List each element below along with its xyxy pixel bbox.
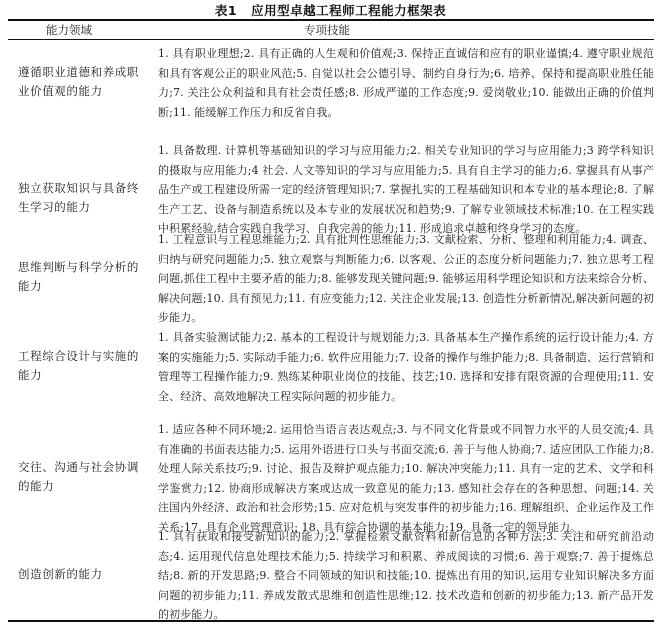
ability-area: 思维判断与科学分析的能力 [18, 258, 150, 296]
skills-text: 1. 具有获取和接受新知识的能力;2. 掌握检索文献资料和新信息的各种方法;3.… [158, 527, 654, 625]
skills-text: 1. 工程意识与工程思维能力;2. 具有批判性思维能力;3. 文献检索、分析、整… [158, 230, 654, 328]
bottom-rule [8, 620, 654, 622]
ability-area: 创造创新的能力 [18, 565, 150, 584]
header-rule [8, 39, 654, 40]
table-title: 应用型卓越工程师工程能力框架表 [251, 3, 446, 18]
table-caption: 表1应用型卓越工程师工程能力框架表 [0, 1, 661, 19]
ability-area: 独立获取知识与具备终生学习的能力 [18, 179, 150, 217]
skills-text: 1. 具有职业理想;2. 具有正确的人生观和价值观;3. 保持正直诚信和应有的职… [158, 44, 654, 122]
top-rule [8, 19, 654, 21]
table-number: 表1 [215, 3, 237, 18]
column-header-skills: 专项技能 [304, 22, 350, 38]
skills-text: 1. 具备数理. 计算机等基础知识的学习与应用能力;2. 相关专业知识的学习与应… [158, 141, 654, 239]
ability-area: 工程综合设计与实施的能力 [18, 347, 150, 385]
skills-text: 1. 适应各种不同环境;2. 运用恰当语言表达观点;3. 与不同文化背景或不同智… [158, 420, 654, 538]
skills-text: 1. 具备实验测试能力;2. 基本的工程设计与规划能力;3. 具备基本生产操作系… [158, 328, 654, 406]
column-header-area: 能力领域 [46, 22, 92, 38]
ability-area: 交往、沟通与社会协调的能力 [18, 458, 150, 496]
ability-area: 遵循职业道德和养成职业价值观的能力 [18, 63, 150, 101]
